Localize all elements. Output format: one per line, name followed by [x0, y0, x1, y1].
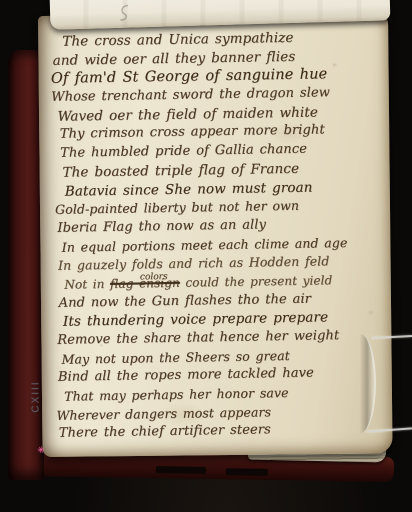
- cover-clasp-mark: [156, 466, 206, 474]
- corrected-words: flag ensigncolors: [110, 276, 180, 291]
- folio-number-stamp: CXIII: [31, 364, 44, 430]
- cover-clasp-mark: [226, 468, 268, 476]
- photo-scene: The cross and Unica sympathizeand wide o…: [0, 0, 412, 512]
- collection-mark: ✳: [36, 445, 45, 456]
- verse-lines: The cross and Unica sympathizeand wide o…: [50, 27, 387, 444]
- pencil-squiggle-icon: [114, 3, 139, 24]
- manuscript-page: The cross and Unica sympathizeand wide o…: [38, 12, 393, 457]
